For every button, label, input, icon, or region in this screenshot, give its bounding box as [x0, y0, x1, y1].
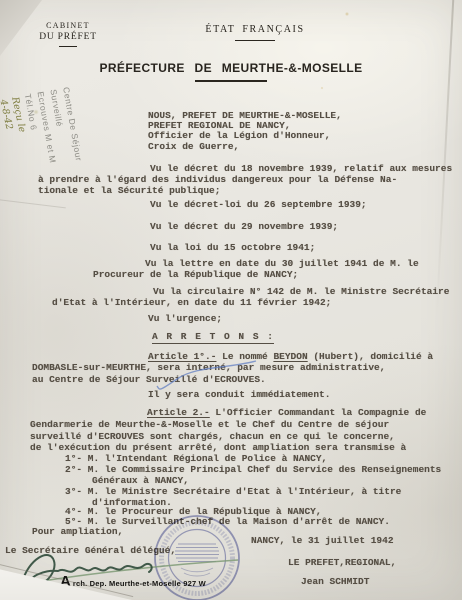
prefecture-block: PRÉFECTURE DE MEURTHE-&-MOSELLE: [0, 61, 462, 82]
vu-decret-29-nov-1939: Vu le décret du 29 novembre 1939;: [150, 221, 338, 232]
prefecture-title: PRÉFECTURE DE MEURTHE-&-MOSELLE: [0, 61, 462, 75]
vu-circulaire-142: Vu la circulaire N° 142 de M. le Ministr…: [52, 287, 449, 308]
document-scan: CABINET DU PRÉFET ÉTAT FRANÇAIS PRÉFECTU…: [0, 0, 462, 600]
vu-lettre-procureur: Vu la lettre en date du 30 juillet 1941 …: [93, 259, 419, 280]
paper-crease-right: [435, 0, 454, 322]
prefet-regional: LE PREFET,REGIONAL,: [288, 557, 396, 568]
cabinet-line1: CABINET: [34, 21, 102, 30]
article-2: Article 2.- L'Officier Commandant la Com…: [30, 407, 426, 454]
state-underline: [235, 40, 275, 41]
prefecture-underline: [195, 80, 267, 82]
archive-caption: Arch. Dep. Meurthe-et-Moselle 927 W: [60, 573, 206, 590]
recipient-2: 2°- M. le Commissaire Principal Chef du …: [65, 465, 441, 487]
cabinet-block: CABINET DU PRÉFET: [34, 21, 102, 47]
cabinet-line2: DU PRÉFET: [34, 32, 102, 42]
vu-decret-18-nov-1939: Vu le décret du 18 novembre 1939, relati…: [38, 164, 452, 196]
intro-paragraph: NOUS, PREFET DE MEURTHE-&-MOSELLE,PREFET…: [148, 111, 342, 152]
arretons-heading: A R R E T O N S :: [152, 331, 274, 342]
vu-loi-15-oct-1941: Vu la loi du 15 octobre 1941;: [150, 242, 315, 253]
vu-decret-loi-26-sept-1939: Vu le décret-loi du 26 septembre 1939;: [150, 199, 367, 210]
cabinet-underline: [59, 46, 77, 47]
place-date: NANCY, le 31 juillet 1942: [251, 535, 394, 546]
pen-mark-beydon: [150, 355, 262, 397]
arretons-text: A R R E T O N S :: [152, 331, 274, 344]
pour-ampliation: Pour ampliation,: [32, 526, 123, 537]
state-block: ÉTAT FRANÇAIS: [150, 24, 360, 41]
vu-urgence: Vu l'urgence;: [148, 313, 222, 324]
state-title: ÉTAT FRANÇAIS: [150, 24, 360, 35]
signataire-name: Jean SCHMIDT: [301, 576, 369, 587]
